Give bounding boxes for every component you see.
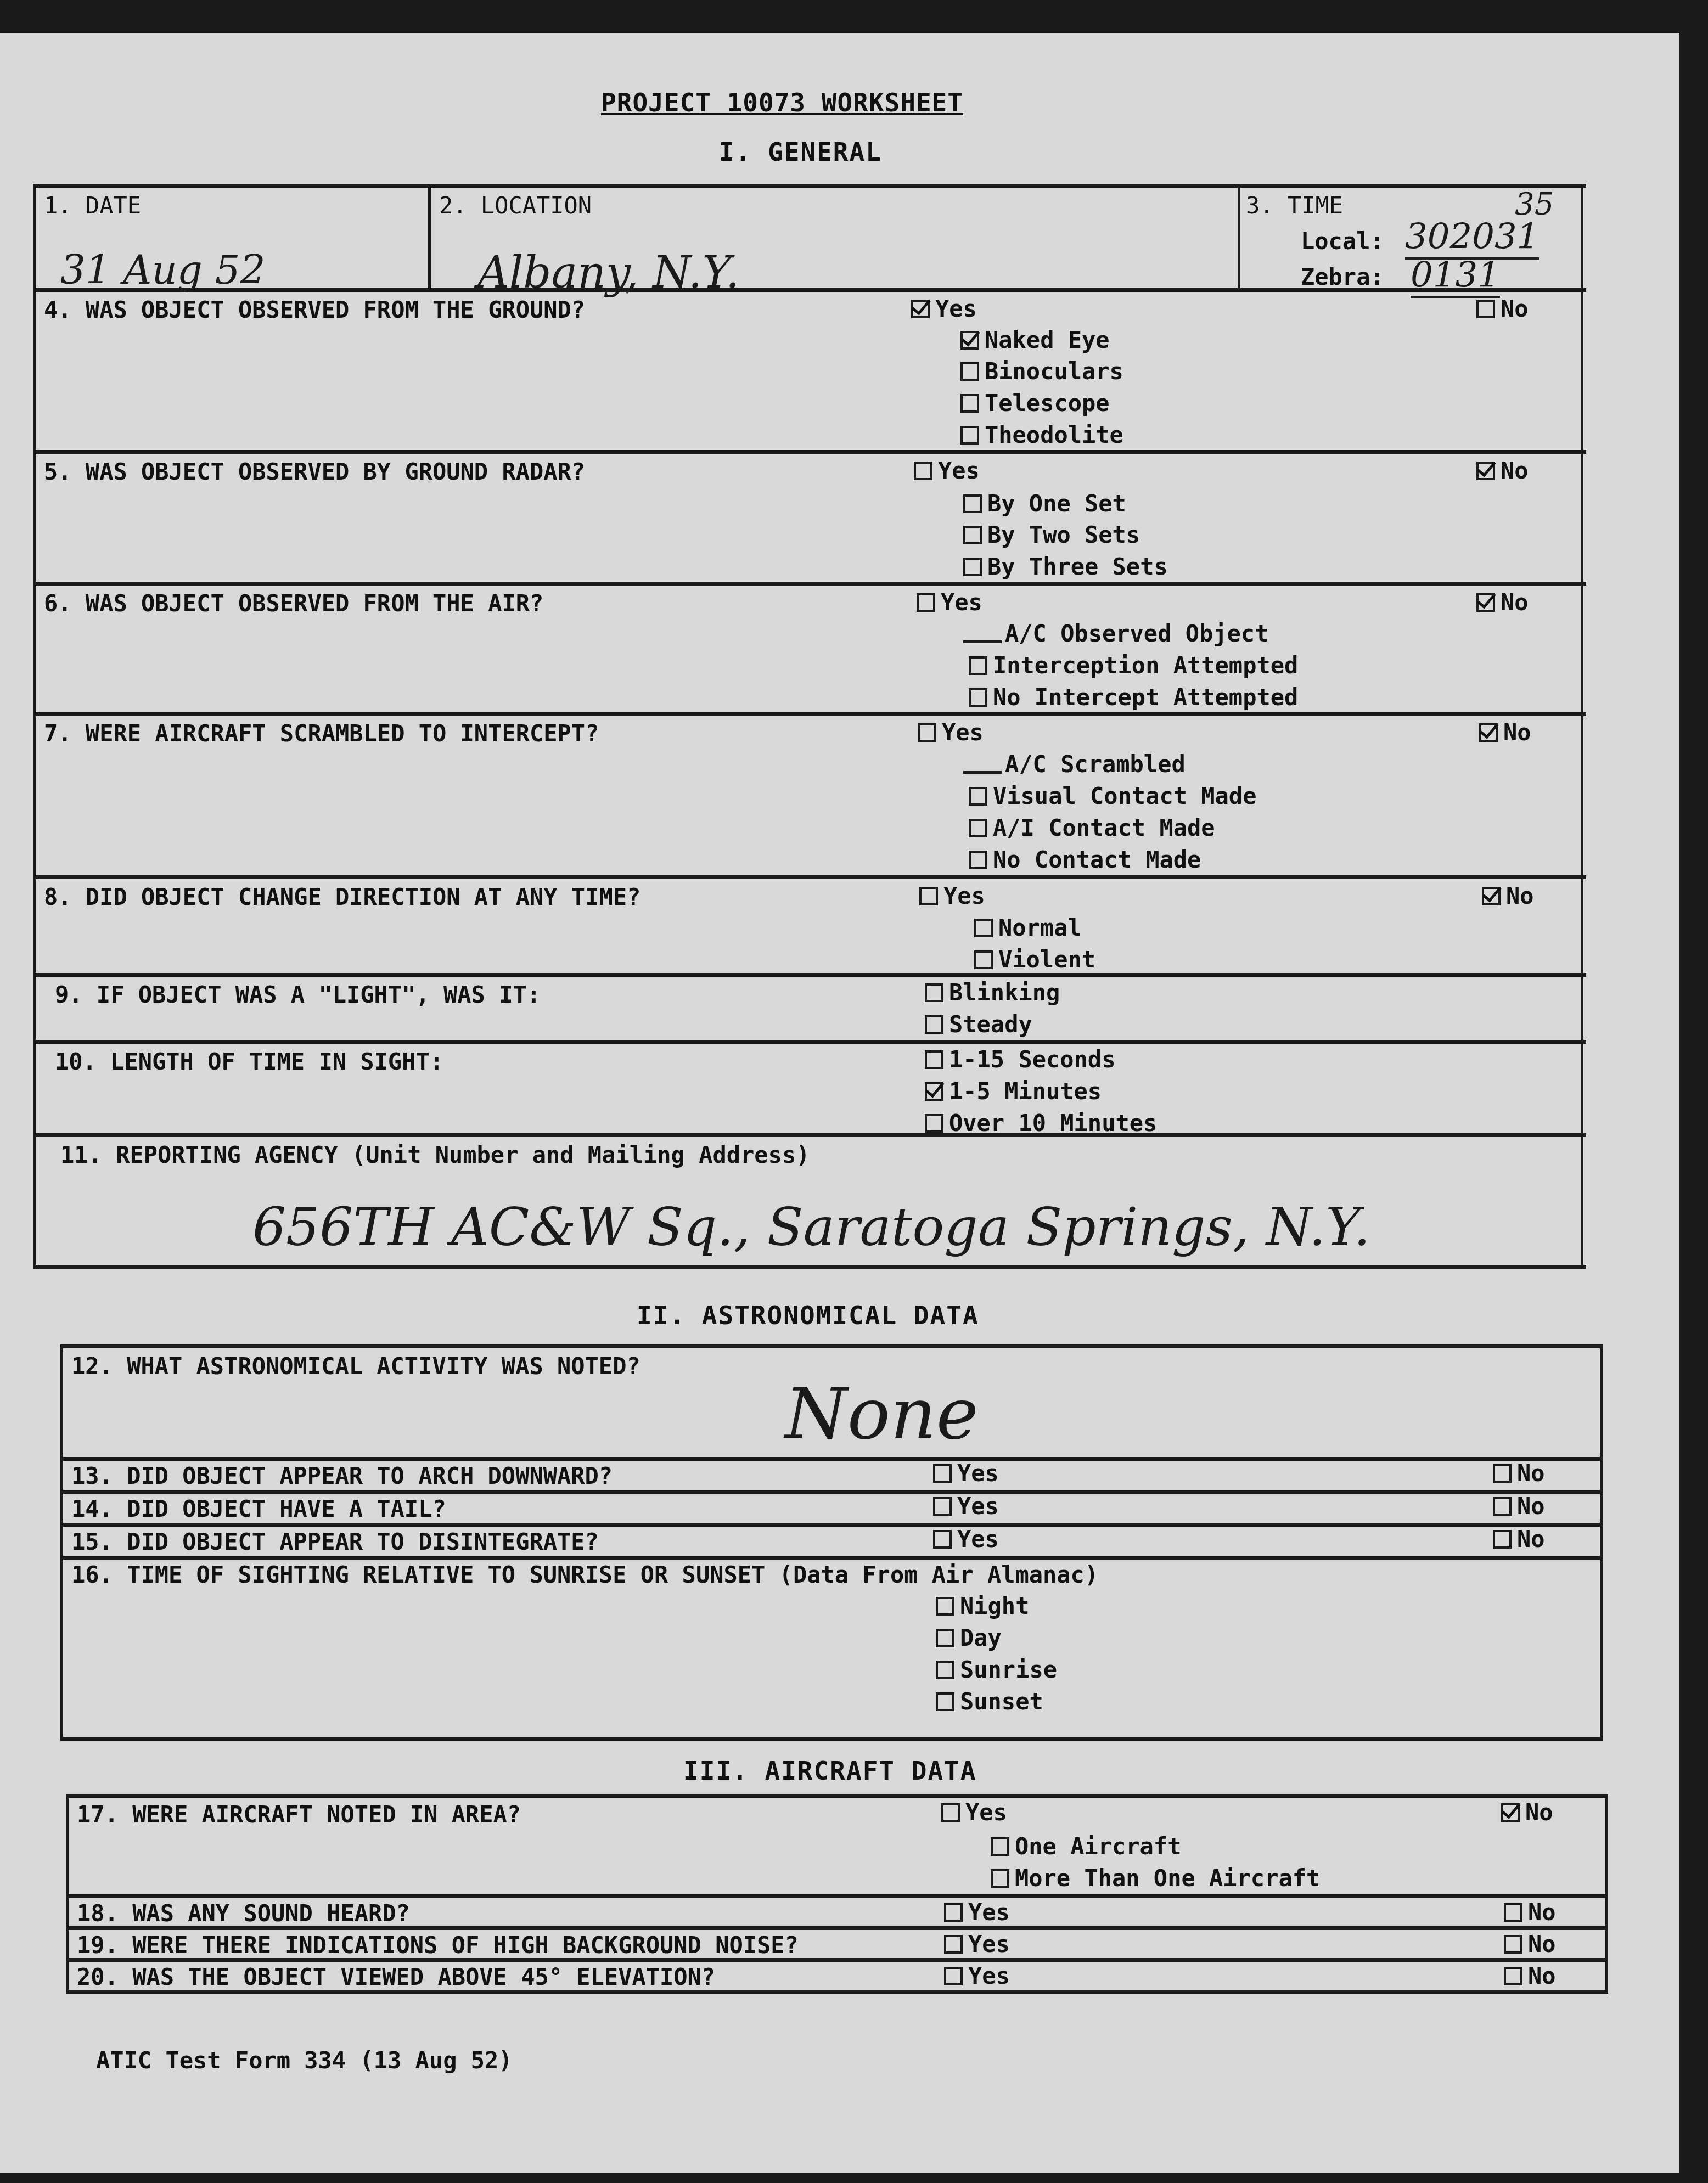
rule (60, 1344, 63, 1740)
rule (1600, 1344, 1603, 1740)
q19-no[interactable]: No (1504, 1931, 1556, 1957)
q4-option-telescope[interactable]: Telescope (960, 390, 1110, 417)
rule (33, 875, 1586, 879)
q20-yes[interactable]: Yes (944, 1962, 1010, 1989)
rule (33, 582, 1586, 586)
rule (60, 1344, 1603, 1348)
q15-yes[interactable]: Yes (933, 1526, 999, 1552)
question-8: 8. DID OBJECT CHANGE DIRECTION AT ANY TI… (44, 884, 640, 910)
checkbox[interactable] (974, 950, 993, 969)
time-label: 3. TIME (1246, 192, 1343, 219)
q15-no[interactable]: No (1493, 1526, 1545, 1552)
question-19: 19. WERE THERE INDICATIONS OF HIGH BACKG… (77, 1932, 799, 1959)
q19-yes[interactable]: Yes (944, 1931, 1010, 1957)
question-10: 10. LENGTH OF TIME IN SIGHT: (55, 1048, 443, 1075)
q10-option-over-10-minutes[interactable]: Over 10 Minutes (925, 1110, 1157, 1136)
question-17: 17. WERE AIRCRAFT NOTED IN AREA? (77, 1801, 521, 1828)
checkbox[interactable] (969, 688, 987, 707)
section-aircraft-heading: III. AIRCRAFT DATA (683, 1756, 977, 1786)
q14-yes[interactable]: Yes (933, 1493, 999, 1520)
q9-option-steady[interactable]: Steady (925, 1011, 1032, 1038)
rule (66, 1794, 1608, 1798)
question-18: 18. WAS ANY SOUND HEARD? (77, 1900, 410, 1927)
astronomical-activity-field[interactable]: None (785, 1372, 979, 1455)
rule (60, 1556, 1603, 1560)
rule (66, 1794, 69, 1992)
local-time-field[interactable]: 302031 (1405, 217, 1539, 260)
form-footer: ATIC Test Form 334 (13 Aug 52) (96, 2047, 513, 2074)
q8-option-violent[interactable]: Violent (974, 946, 1095, 973)
q13-yes[interactable]: Yes (933, 1460, 999, 1487)
q4-no[interactable]: No (1476, 295, 1529, 322)
checkbox[interactable] (933, 1464, 952, 1483)
location-label: 2. LOCATION (439, 192, 592, 219)
checkbox[interactable] (933, 1497, 952, 1516)
q10-option-1-15-seconds[interactable]: 1-15 Seconds (925, 1046, 1115, 1073)
checkbox[interactable] (991, 1869, 1009, 1888)
rule (428, 184, 431, 288)
q4-yes[interactable]: Yes (911, 295, 977, 322)
q5-option-three-sets[interactable]: By Three Sets (963, 553, 1168, 580)
checkbox[interactable] (1504, 1903, 1522, 1922)
date-label: 1. DATE (44, 192, 141, 219)
question-11: 11. REPORTING AGENCY (Unit Number and Ma… (60, 1141, 810, 1168)
section-astronomical-heading: II. ASTRONOMICAL DATA (637, 1301, 979, 1330)
checkbox[interactable] (911, 300, 930, 318)
rule (33, 184, 36, 1268)
checkbox[interactable] (914, 462, 932, 480)
section-general-heading: I. GENERAL (719, 137, 882, 167)
q5-option-two-sets[interactable]: By Two Sets (963, 521, 1140, 548)
checkbox[interactable] (969, 851, 987, 869)
q6-option-interception[interactable]: Interception Attempted (969, 652, 1298, 679)
rule (66, 1990, 1608, 1994)
checkbox[interactable] (925, 1082, 943, 1101)
rule (1238, 184, 1240, 288)
checkbox[interactable] (963, 558, 982, 576)
form-title: PROJECT 10073 WORKSHEET (601, 88, 963, 117)
checkbox[interactable] (936, 1692, 954, 1711)
question-13: 13. DID OBJECT APPEAR TO ARCH DOWNWARD? (71, 1462, 613, 1489)
q8-option-normal[interactable]: Normal (974, 914, 1082, 941)
q5-yes[interactable]: Yes (914, 457, 980, 484)
q18-no[interactable]: No (1504, 1899, 1556, 1926)
q10-option-1-5-minutes[interactable]: 1-5 Minutes (925, 1078, 1102, 1105)
question-4: 4. WAS OBJECT OBSERVED FROM THE GROUND? (44, 296, 585, 323)
q7-option-no-contact[interactable]: No Contact Made (969, 846, 1201, 873)
q17-yes[interactable]: Yes (941, 1799, 1007, 1826)
q13-no[interactable]: No (1493, 1460, 1545, 1487)
q16-option-night[interactable]: Night (936, 1593, 1029, 1619)
rule (66, 1894, 1608, 1898)
checkbox[interactable] (925, 1050, 943, 1069)
rule (33, 184, 1586, 188)
checkbox[interactable] (1493, 1530, 1512, 1549)
checkbox[interactable] (944, 1967, 963, 1985)
question-14: 14. DID OBJECT HAVE A TAIL? (71, 1495, 446, 1522)
margin-note: 35 (1515, 187, 1554, 222)
checkbox[interactable] (1501, 1803, 1520, 1822)
question-7: 7. WERE AIRCRAFT SCRAMBLED TO INTERCEPT? (44, 720, 599, 747)
q14-no[interactable]: No (1493, 1493, 1545, 1520)
q6-no[interactable]: No (1476, 589, 1529, 616)
local-time-label: Local: (1301, 228, 1384, 255)
rule (66, 1958, 1608, 1962)
rule (33, 1133, 1586, 1137)
q5-option-one-set[interactable]: By One Set (963, 490, 1126, 517)
rule (1605, 1794, 1608, 1992)
q6-ac-observed-blank[interactable]: A/C Observed Object (963, 620, 1268, 647)
checkbox[interactable] (918, 723, 936, 742)
q8-no[interactable]: No (1482, 882, 1534, 909)
q17-option-more-than-one[interactable]: More Than One Aircraft (991, 1865, 1320, 1892)
question-9: 9. IF OBJECT WAS A "LIGHT", WAS IT: (55, 981, 541, 1008)
checkbox[interactable] (919, 887, 938, 905)
question-6: 6. WAS OBJECT OBSERVED FROM THE AIR? (44, 590, 543, 617)
rule (60, 1737, 1603, 1741)
question-15: 15. DID OBJECT APPEAR TO DISINTEGRATE? (71, 1528, 599, 1555)
rule (33, 1265, 1586, 1269)
checkbox[interactable] (925, 1114, 943, 1133)
q7-option-ai-contact[interactable]: A/I Contact Made (969, 814, 1215, 841)
checkbox[interactable] (1476, 300, 1495, 318)
q5-no[interactable]: No (1476, 457, 1529, 484)
rule (33, 450, 1586, 454)
checkbox[interactable] (1493, 1497, 1512, 1516)
checkbox[interactable] (969, 787, 987, 806)
q9-option-blinking[interactable]: Blinking (925, 979, 1060, 1006)
q4-option-binoculars[interactable]: Binoculars (960, 358, 1123, 385)
q4-option-naked-eye[interactable]: Naked Eye (960, 327, 1110, 353)
q7-ac-scrambled-blank[interactable]: A/C Scrambled (963, 751, 1186, 778)
checkbox[interactable] (960, 331, 979, 350)
question-12: 12. WHAT ASTRONOMICAL ACTIVITY WAS NOTED… (71, 1353, 640, 1380)
checkbox[interactable] (936, 1629, 954, 1647)
q8-yes[interactable]: Yes (919, 882, 985, 909)
q17-no[interactable]: No (1501, 1799, 1553, 1826)
checkbox[interactable] (941, 1803, 960, 1822)
checkbox[interactable] (1476, 593, 1495, 612)
checkbox[interactable] (963, 494, 982, 513)
q6-yes[interactable]: Yes (917, 589, 982, 616)
rule (60, 1523, 1603, 1527)
rule (66, 1926, 1608, 1930)
worksheet-page: PROJECT 10073 WORKSHEET I. GENERAL 1. DA… (0, 33, 1679, 2173)
fill-blank[interactable] (963, 624, 1002, 643)
rule (33, 973, 1586, 977)
date-field[interactable]: 31 Aug 52 (60, 247, 265, 293)
rule (1581, 184, 1583, 1268)
checkbox[interactable] (1479, 723, 1498, 742)
checkbox[interactable] (1504, 1967, 1522, 1985)
q16-option-day[interactable]: Day (936, 1624, 1002, 1651)
q16-option-sunset[interactable]: Sunset (936, 1688, 1043, 1715)
checkbox[interactable] (925, 983, 943, 1002)
question-20: 20. WAS THE OBJECT VIEWED ABOVE 45° ELEV… (77, 1963, 715, 1990)
q18-yes[interactable]: Yes (944, 1899, 1010, 1926)
q7-option-visual-contact[interactable]: Visual Contact Made (969, 783, 1256, 809)
checkbox[interactable] (925, 1015, 943, 1034)
checkbox[interactable] (991, 1837, 1009, 1856)
checkbox[interactable] (1493, 1464, 1512, 1483)
q4-option-theodolite[interactable]: Theodolite (960, 421, 1123, 448)
q16-option-sunrise[interactable]: Sunrise (936, 1656, 1057, 1683)
reporting-agency-field[interactable]: 656TH AC&W Sq., Saratoga Springs, N.Y. (252, 1196, 1370, 1258)
checkbox[interactable] (960, 394, 979, 413)
q6-option-no-intercept[interactable]: No Intercept Attempted (969, 684, 1298, 711)
q17-option-one-aircraft[interactable]: One Aircraft (991, 1833, 1181, 1860)
rule (60, 1457, 1603, 1461)
q20-no[interactable]: No (1504, 1962, 1556, 1989)
checkbox[interactable] (936, 1597, 954, 1616)
rule (60, 1490, 1603, 1494)
fill-blank[interactable] (963, 755, 1002, 774)
question-5: 5. WAS OBJECT OBSERVED BY GROUND RADAR? (44, 458, 585, 485)
checkbox[interactable] (969, 819, 987, 837)
checkbox[interactable] (944, 1903, 963, 1922)
checkbox[interactable] (960, 426, 979, 445)
checkbox[interactable] (933, 1530, 952, 1549)
checkbox[interactable] (1482, 887, 1501, 905)
checkbox[interactable] (974, 919, 993, 937)
zebra-time-label: Zebra: (1301, 263, 1384, 290)
rule (33, 1040, 1586, 1044)
question-16: 16. TIME OF SIGHTING RELATIVE TO SUNRISE… (71, 1561, 1098, 1588)
checkbox[interactable] (936, 1661, 954, 1679)
checkbox[interactable] (1504, 1935, 1522, 1954)
rule (33, 288, 1586, 292)
checkbox[interactable] (963, 526, 982, 544)
checkbox[interactable] (969, 656, 987, 675)
q7-no[interactable]: No (1479, 719, 1531, 746)
checkbox[interactable] (944, 1935, 963, 1954)
checkbox[interactable] (917, 593, 935, 612)
q7-yes[interactable]: Yes (918, 719, 984, 746)
rule (33, 712, 1586, 716)
checkbox[interactable] (1476, 462, 1495, 480)
checkbox[interactable] (960, 362, 979, 381)
